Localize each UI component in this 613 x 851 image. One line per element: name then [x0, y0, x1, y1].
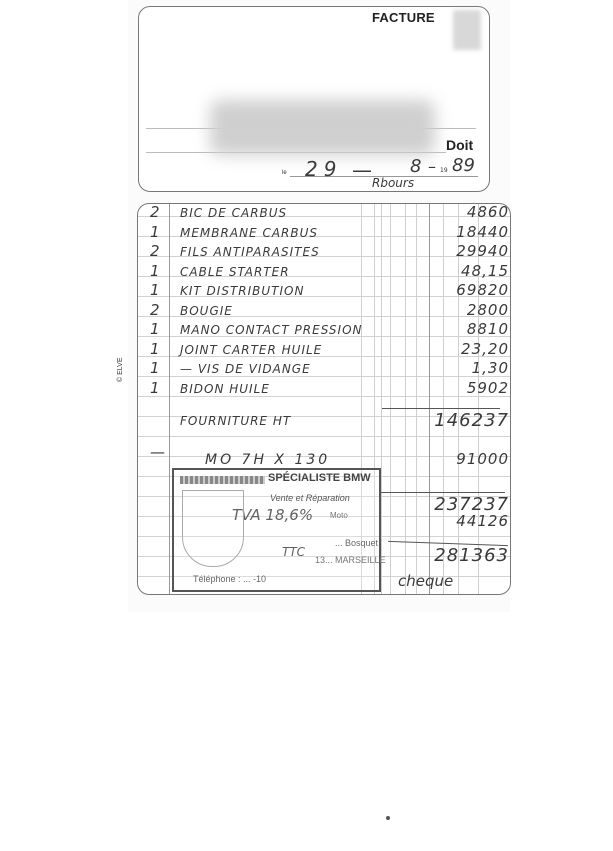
item-qty: 2 — [150, 301, 160, 319]
ledger-rule — [138, 436, 510, 437]
stamp-street: ... Bosquet — [335, 538, 378, 548]
item-qty: 1 — [150, 320, 160, 338]
item-qty: 2 — [150, 242, 160, 260]
item-description: Joint carter huile — [180, 343, 322, 357]
date-day: 29 — [305, 157, 342, 181]
item-amount: 8810 — [467, 320, 509, 338]
tva-amount: 44126 — [456, 512, 509, 530]
item-amount: 5902 — [467, 379, 509, 397]
ledger-column — [405, 204, 406, 594]
labor-label: MO 7H X 130 — [205, 452, 330, 468]
item-description: Cable starter — [180, 265, 290, 279]
ledger-column — [390, 204, 391, 594]
item-qty: 1 — [150, 340, 160, 358]
item-amount: 29940 — [456, 242, 509, 260]
subtotal-rule — [382, 408, 500, 409]
invoice-title: FACTURE — [372, 10, 435, 25]
stamp-phone: Téléphone : ... -10 — [193, 574, 266, 584]
date-prefix: le — [282, 170, 287, 176]
item-amount: 4860 — [467, 203, 509, 221]
ledger-column — [381, 204, 382, 594]
redacted-logo — [453, 10, 481, 50]
item-amount: 1,30 — [472, 359, 509, 377]
item-description: Mano contact pression — [180, 323, 362, 337]
ledger-column — [443, 204, 444, 594]
recipient-handwritten: Rbours — [372, 176, 414, 190]
payment-note: cheque — [398, 572, 453, 590]
ledger-rule — [138, 376, 510, 377]
item-qty: 1 — [150, 223, 160, 241]
stamp-line3: Moto — [330, 511, 348, 520]
item-amount: 18440 — [456, 223, 509, 241]
item-qty: 1 — [150, 379, 160, 397]
redacted-customer-name — [210, 100, 435, 155]
item-amount: 69820 — [456, 281, 509, 299]
item-amount: 2800 — [467, 301, 509, 319]
date-month: 8 — [410, 156, 421, 177]
labor-qty: — — [150, 443, 165, 461]
item-description: Fils antiparasites — [180, 245, 320, 259]
total-ht-rule — [380, 492, 505, 493]
printer-mark: © ELVE — [117, 358, 124, 382]
item-amount: 48,15 — [461, 262, 509, 280]
item-description: Bic de carbus — [180, 206, 287, 220]
date-year: 89 — [452, 155, 475, 176]
date-separator: – — [428, 157, 436, 176]
stamp-city: 13... MARSEILLE — [315, 555, 386, 565]
item-description: — vis de vidange — [180, 362, 311, 376]
item-qty: 1 — [150, 262, 160, 280]
scan-speck — [386, 816, 390, 820]
item-amount: 23,20 — [461, 340, 509, 358]
stamp-crest-icon — [182, 490, 244, 567]
subtotal-label: Fourniture HT — [180, 414, 291, 428]
ledger-column — [169, 204, 170, 594]
item-description: Bougie — [180, 304, 233, 318]
item-qty: 1 — [150, 359, 160, 377]
labor-amount: 91000 — [456, 450, 509, 468]
item-qty: 2 — [150, 203, 160, 221]
ledger-column — [458, 204, 459, 594]
stamp-banner — [180, 476, 265, 484]
total-ttc-amount: 281363 — [434, 545, 509, 566]
stamp-subtitle: Vente et Réparation — [270, 493, 350, 503]
item-qty: 1 — [150, 281, 160, 299]
item-description: Kit distribution — [180, 284, 304, 298]
ledger-column — [416, 204, 417, 594]
date-century: 19 — [440, 167, 448, 174]
item-description: Bidon huile — [180, 382, 270, 396]
stamp-title: SPÉCIALISTE BMW — [268, 472, 371, 484]
item-description: Membrane carbus — [180, 226, 318, 240]
ledger-column — [429, 204, 430, 594]
subtotal-amount: 146237 — [434, 410, 509, 431]
date-dash: — — [352, 158, 372, 182]
ledger-rule — [138, 396, 510, 397]
doit-label: Doit — [446, 137, 473, 153]
